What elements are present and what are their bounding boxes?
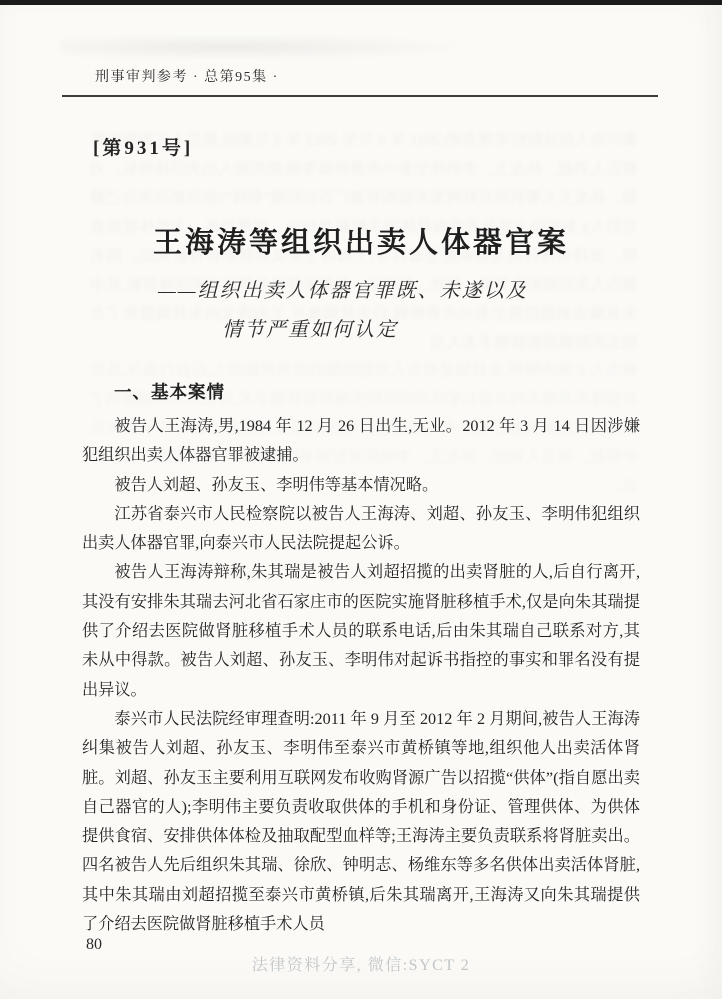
journal-header: 刑事审判参考 · 总第95集 ·: [95, 66, 279, 86]
watermark-text: 法律资料分享, 微信:SYCT 2: [0, 952, 722, 975]
body-paragraph: 江苏省泰兴市人民检察院以被告人王海涛、刘超、孙友玉、李明伟犯组织出卖人体器官罪,…: [82, 500, 640, 559]
body-paragraph: 泰兴市人民法院经审理查明:2011 年 9 月至 2012 年 2 月期间,被告…: [82, 705, 640, 939]
body-paragraph: 被告人王海涛辩称,朱其瑞是被告人刘超招揽的出卖肾脏的人,后自行离开,其没有安排朱…: [82, 558, 640, 704]
header-divider: [62, 95, 658, 97]
section-heading-basic-facts: 一、基本案情: [114, 379, 225, 404]
body-paragraph: 被告人王海涛,男,1984 年 12 月 26 日出生,无业。2012 年 3 …: [82, 412, 640, 471]
subtitle-line1-text: 组织出卖人体器官罪既、未遂以及: [198, 280, 528, 302]
subtitle-line-1: ——组织出卖人体器官罪既、未遂以及: [158, 272, 528, 311]
scan-edge-strip: [0, 0, 722, 5]
body-paragraph: 被告人刘超、孙友玉、李明伟等基本情况略。: [82, 471, 640, 500]
scan-smudge: [60, 34, 480, 60]
body-text: 被告人王海涛,男,1984 年 12 月 26 日出生,无业。2012 年 3 …: [82, 412, 640, 939]
document-page: 泰兴市人民法院经审理查明:2011 年 9 月至 2012 年 2 月期间,被告…: [0, 0, 722, 999]
subtitle-dash: ——: [158, 280, 198, 302]
case-title: 王海涛等组织出卖人体器官案: [0, 220, 722, 261]
case-subtitle: ——组织出卖人体器官罪既、未遂以及 情节严重如何认定: [158, 272, 528, 350]
subtitle-line-2: 情节严重如何认定: [158, 311, 528, 350]
case-number: [第931号]: [93, 133, 193, 160]
